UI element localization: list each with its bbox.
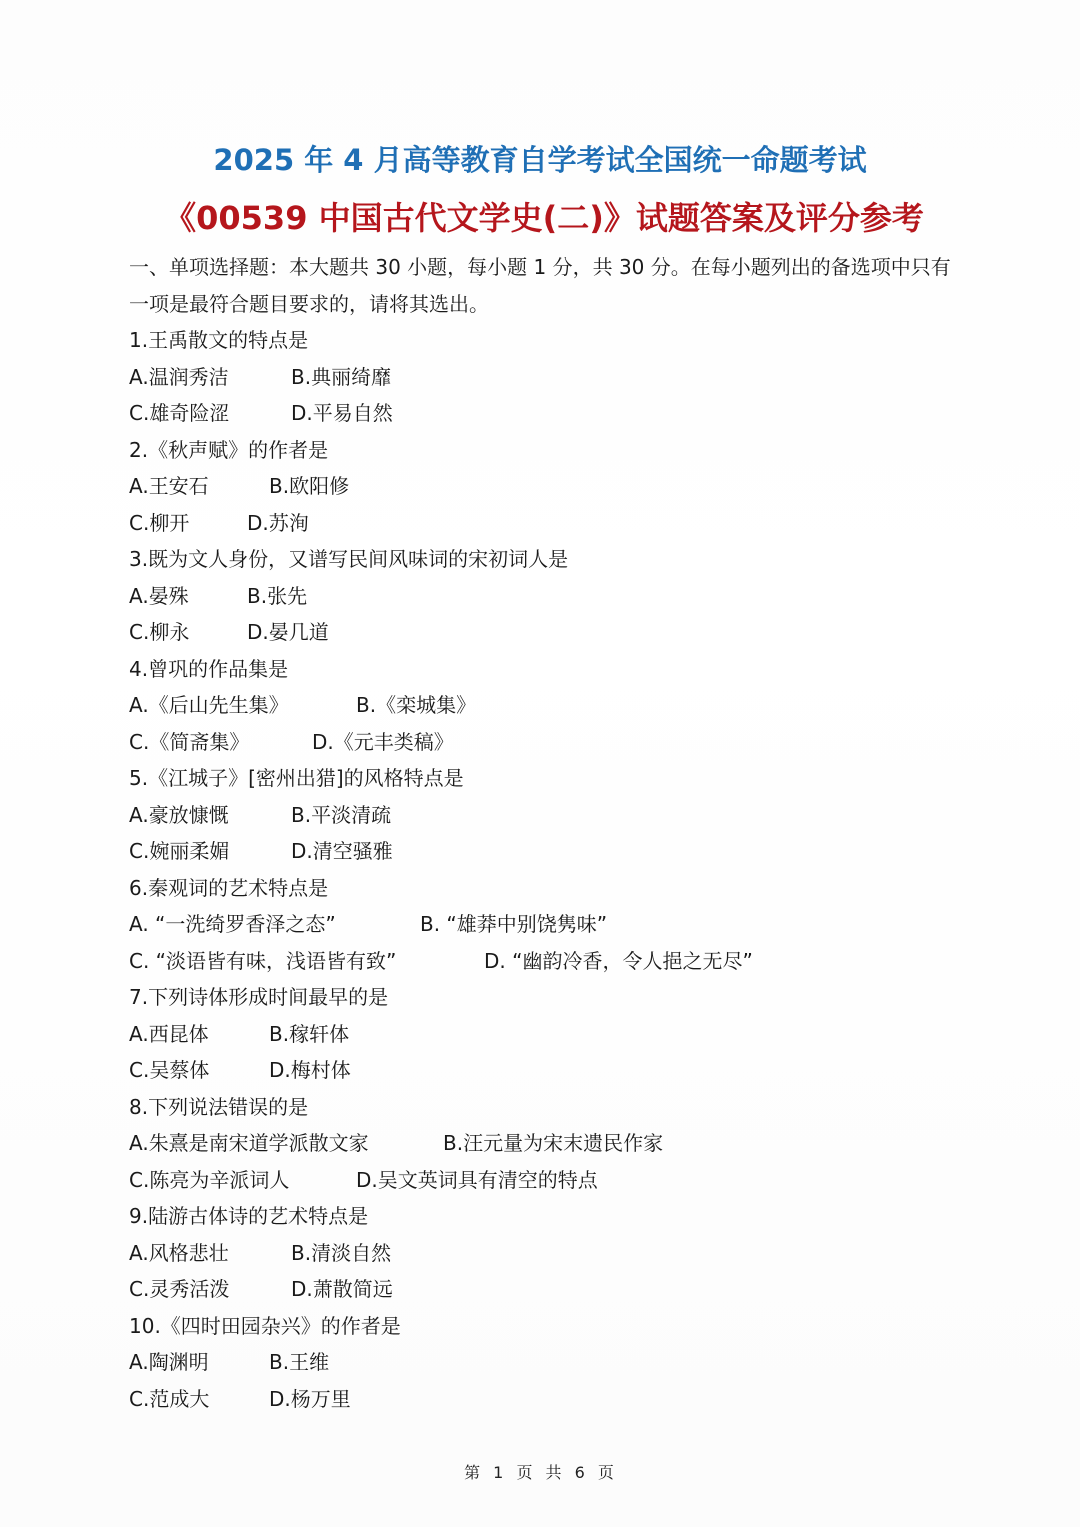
answer-option-a: A.朱熹是南宋道学派散文家 bbox=[129, 1125, 369, 1162]
option-row: C.灵秀活泼D.萧散简远 bbox=[129, 1271, 969, 1308]
answer-option-d: D.晏几道 bbox=[247, 614, 329, 651]
answer-option-b: B.平淡清疏 bbox=[291, 797, 391, 834]
option-row: A.王安石B.欧阳修 bbox=[129, 468, 969, 505]
option-row: A.朱熹是南宋道学派散文家B.汪元量为宋末遗民作家 bbox=[129, 1125, 969, 1162]
answer-option-c: C.柳开 bbox=[129, 505, 189, 542]
answer-option-b: B.汪元量为宋末遗民作家 bbox=[443, 1125, 663, 1162]
question-stem: 6.秦观词的艺术特点是 bbox=[129, 870, 969, 907]
answer-option-d: D. “幽韵冷香，令人挹之无尽” bbox=[484, 943, 753, 980]
answer-option-a: A.豪放慷慨 bbox=[129, 797, 229, 834]
answer-option-c: C.陈亮为辛派词人 bbox=[129, 1162, 289, 1199]
option-row: C.柳开D.苏洵 bbox=[129, 505, 969, 542]
question-stem: 3.既为文人身份，又谱写民间风味词的宋初词人是 bbox=[129, 541, 969, 578]
question-stem: 8.下列说法错误的是 bbox=[129, 1089, 969, 1126]
option-row: C.吴蔡体D.梅村体 bbox=[129, 1052, 969, 1089]
option-row: A.《后山先生集》B.《栾城集》 bbox=[129, 687, 969, 724]
option-row: C.《简斋集》D.《元丰类稿》 bbox=[129, 724, 969, 761]
answer-option-b: B.稼轩体 bbox=[269, 1016, 349, 1053]
page-indicator: 第 1 页 共 6 页 bbox=[0, 1460, 1080, 1483]
question-stem: 10.《四时田园杂兴》的作者是 bbox=[129, 1308, 969, 1345]
option-row: C.雄奇险涩D.平易自然 bbox=[129, 395, 969, 432]
answer-option-a: A.温润秀洁 bbox=[129, 359, 229, 396]
answer-option-c: C.灵秀活泼 bbox=[129, 1271, 229, 1308]
option-row: C.范成大D.杨万里 bbox=[129, 1381, 969, 1418]
answer-option-d: D.清空骚雅 bbox=[291, 833, 393, 870]
question-stem: 7.下列诗体形成时间最早的是 bbox=[129, 979, 969, 1016]
option-row: A.陶渊明B.王维 bbox=[129, 1344, 969, 1381]
answer-option-a: A.风格悲壮 bbox=[129, 1235, 229, 1272]
section-intro: 一、单项选择题：本大题共 30 小题，每小题 1 分，共 30 分。在每小题列出… bbox=[129, 249, 969, 322]
exam-subtitle: 《00539 中国古代文学史(二)》试题答案及评分参考 bbox=[0, 193, 1080, 239]
option-row: A.晏殊B.张先 bbox=[129, 578, 969, 615]
answer-option-b: B.张先 bbox=[247, 578, 307, 615]
answer-option-d: D.梅村体 bbox=[269, 1052, 351, 1089]
option-row: C.陈亮为辛派词人D.吴文英词具有清空的特点 bbox=[129, 1162, 969, 1199]
exam-title: 2025 年 4 月高等教育自学考试全国统一命题考试 bbox=[0, 138, 1080, 179]
question-stem: 5.《江城子》[密州出猎]的风格特点是 bbox=[129, 760, 969, 797]
answer-option-d: D.吴文英词具有清空的特点 bbox=[356, 1162, 598, 1199]
answer-option-c: C.柳永 bbox=[129, 614, 189, 651]
question-stem: 4.曾巩的作品集是 bbox=[129, 651, 969, 688]
answer-option-c: C. “淡语皆有味，浅语皆有致” bbox=[129, 943, 396, 980]
option-row: A.西昆体B.稼轩体 bbox=[129, 1016, 969, 1053]
question-stem: 2.《秋声赋》的作者是 bbox=[129, 432, 969, 469]
answer-option-b: B.《栾城集》 bbox=[356, 687, 476, 724]
answer-option-a: A.王安石 bbox=[129, 468, 209, 505]
answer-option-b: B. “雄莽中别饶隽味” bbox=[420, 906, 607, 943]
answer-option-d: D.平易自然 bbox=[291, 395, 393, 432]
answer-option-a: A. “一洗绮罗香泽之态” bbox=[129, 906, 336, 943]
question-content: 一、单项选择题：本大题共 30 小题，每小题 1 分，共 30 分。在每小题列出… bbox=[129, 249, 969, 1417]
option-row: A.豪放慷慨B.平淡清疏 bbox=[129, 797, 969, 834]
question-list: 1.王禹散文的特点是A.温润秀洁B.典丽绮靡C.雄奇险涩D.平易自然2.《秋声赋… bbox=[129, 322, 969, 1417]
question-stem: 1.王禹散文的特点是 bbox=[129, 322, 969, 359]
exam-page: 2025 年 4 月高等教育自学考试全国统一命题考试 《00539 中国古代文学… bbox=[0, 0, 1080, 1527]
answer-option-c: C.范成大 bbox=[129, 1381, 209, 1418]
option-row: A.风格悲壮B.清淡自然 bbox=[129, 1235, 969, 1272]
answer-option-b: B.典丽绮靡 bbox=[291, 359, 391, 396]
answer-option-a: A.陶渊明 bbox=[129, 1344, 209, 1381]
answer-option-b: B.清淡自然 bbox=[291, 1235, 391, 1272]
option-row: A. “一洗绮罗香泽之态”B. “雄莽中别饶隽味” bbox=[129, 906, 969, 943]
answer-option-d: D.《元丰类稿》 bbox=[312, 724, 454, 761]
answer-option-a: A.西昆体 bbox=[129, 1016, 209, 1053]
option-row: A.温润秀洁B.典丽绮靡 bbox=[129, 359, 969, 396]
option-row: C.柳永D.晏几道 bbox=[129, 614, 969, 651]
answer-option-c: C.婉丽柔媚 bbox=[129, 833, 229, 870]
answer-option-a: A.《后山先生集》 bbox=[129, 687, 289, 724]
question-stem: 9.陆游古体诗的艺术特点是 bbox=[129, 1198, 969, 1235]
answer-option-d: D.苏洵 bbox=[247, 505, 309, 542]
option-row: C.婉丽柔媚D.清空骚雅 bbox=[129, 833, 969, 870]
answer-option-d: D.杨万里 bbox=[269, 1381, 351, 1418]
answer-option-c: C.雄奇险涩 bbox=[129, 395, 229, 432]
answer-option-b: B.王维 bbox=[269, 1344, 329, 1381]
answer-option-c: C.《简斋集》 bbox=[129, 724, 249, 761]
option-row: C. “淡语皆有味，浅语皆有致”D. “幽韵冷香，令人挹之无尽” bbox=[129, 943, 969, 980]
answer-option-d: D.萧散简远 bbox=[291, 1271, 393, 1308]
answer-option-c: C.吴蔡体 bbox=[129, 1052, 209, 1089]
answer-option-a: A.晏殊 bbox=[129, 578, 189, 615]
answer-option-b: B.欧阳修 bbox=[269, 468, 349, 505]
